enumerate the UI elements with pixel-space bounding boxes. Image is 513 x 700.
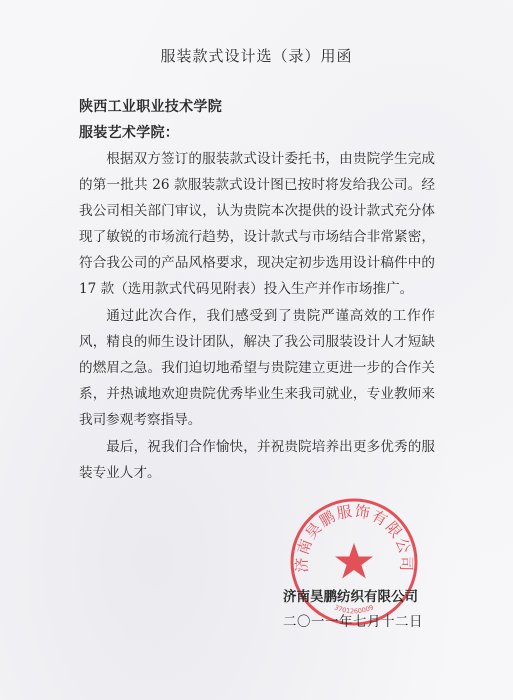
signature-company: 济南昊鹏纺织有限公司	[283, 585, 418, 605]
paragraph-selection: 根据双方签订的服装款式设计委托书，由贵院学生完成的第一批共 26 款服装款式设计…	[79, 146, 435, 302]
recipient-institution: 陕西工业职业技术学院	[79, 96, 222, 116]
letter-body: 根据双方签订的服装款式设计委托书，由贵院学生完成的第一批共 26 款服装款式设计…	[79, 146, 435, 487]
signature-date: 二〇一一年七月十二日	[283, 610, 423, 630]
paragraph-closing: 最后，祝我们合作愉快，并祝贵院培养出更多优秀的服装专业人才。	[79, 434, 435, 486]
company-seal-icon: 济南昊鹏服饰有限公司 3701260009	[288, 496, 420, 628]
paragraph-cooperation: 通过此次合作，我们感受到了贵院严谨高效的工作作风，精良的师生设计团队，解决了我公…	[79, 303, 435, 433]
letter-title: 服装款式设计选（录）用函	[0, 45, 513, 66]
recipient-department: 服装艺术学院：	[79, 122, 179, 142]
